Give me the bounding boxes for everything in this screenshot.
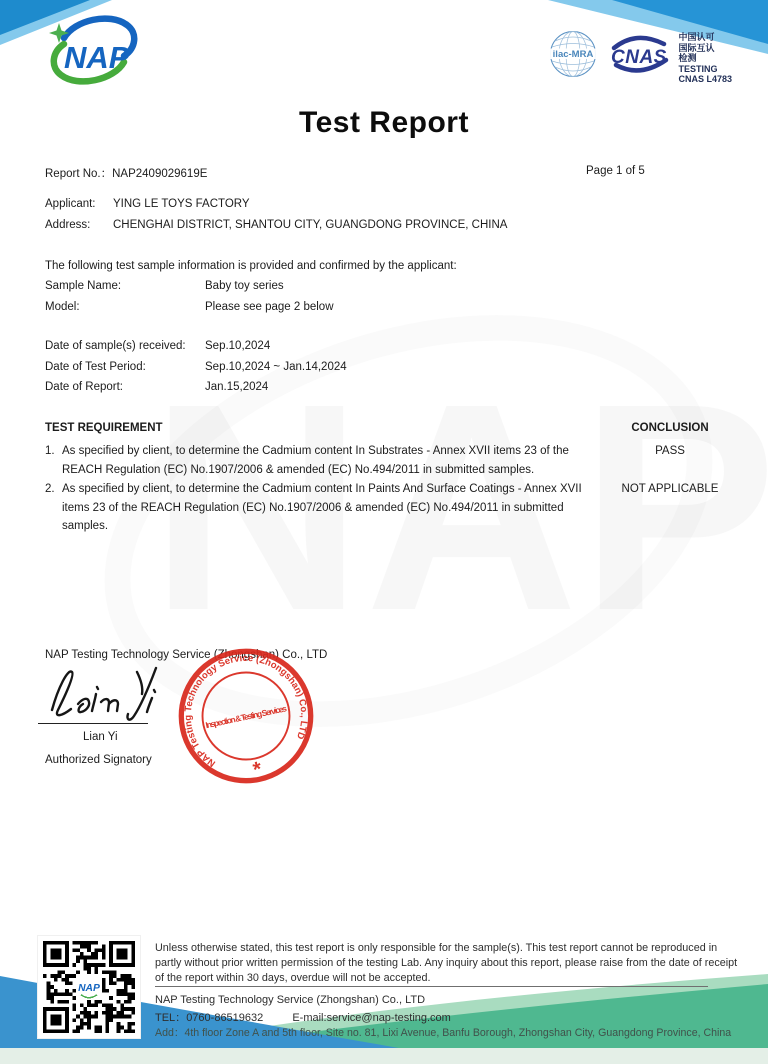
test-report-page: NAP ilac-MRA CNAS 中国认可 国际互认 检测 TESTING C… [0, 0, 768, 1064]
report-meta: Report No.：NAP2409029619E Page 1 of 5 [45, 165, 723, 181]
page-title: Test Report [0, 106, 768, 140]
nap-logo-text: NAP [64, 40, 130, 75]
item-conclusion: NOT APPLICABLE [600, 480, 740, 536]
handwritten-signature [38, 660, 178, 722]
date-received-value: Sep.10,2024 [205, 340, 270, 352]
cert-line: 中国认可 [678, 32, 732, 43]
email-label: E-mail: [292, 1012, 326, 1024]
applicant-name: YING LE TOYS FACTORY [113, 198, 250, 210]
nap-logo: NAP [36, 12, 140, 88]
cert-line: 检测 [678, 53, 732, 64]
page-number: Page 1 of 5 [586, 165, 645, 177]
address-row: Address: [45, 219, 90, 231]
item-text: As specified by client, to determine the… [62, 442, 600, 479]
model-label: Model: [45, 301, 80, 313]
report-no-value: NAP2409029619E [112, 168, 207, 180]
stamp-center-text: Inspection & Testing Services [205, 703, 288, 730]
tel-label: TEL： [155, 1012, 186, 1024]
requirement-item: 1. As specified by client, to determine … [45, 442, 742, 479]
cnas-accreditation-text: 中国认可 国际互认 检测 TESTING CNAS L4783 [678, 28, 732, 85]
requirement-item: 2. As specified by client, to determine … [45, 480, 742, 536]
item-conclusion: PASS [600, 442, 740, 479]
disclaimer-text: Unless otherwise stated, this test repor… [155, 941, 742, 985]
cnas-label: CNAS [611, 47, 667, 68]
test-requirements-section: TEST REQUIREMENT CONCLUSION 1. As specif… [45, 422, 742, 537]
conclusion-heading: CONCLUSION [600, 422, 740, 434]
sample-name-value: Baby toy series [205, 280, 284, 292]
qr-pattern: NAP [43, 941, 135, 1033]
signature-line [38, 723, 148, 724]
signatory-name: Lian Yi [83, 731, 118, 743]
date-report-value: Jan.15,2024 [205, 381, 268, 393]
model-value: Please see page 2 below [205, 301, 334, 313]
footer-contact: TEL：0760-86519632 E-mail:service@nap-tes… [155, 1009, 451, 1025]
date-received-label: Date of sample(s) received: [45, 340, 186, 352]
footer-address: Add：4th floor Zone A and 5th floor, Site… [155, 1025, 731, 1040]
applicant-label: Applicant: [45, 198, 96, 210]
svg-text:NAP: NAP [78, 983, 100, 994]
item-number: 1. [45, 442, 62, 479]
date-test-period-value: Sep.10,2024 ~ Jan.14,2024 [205, 361, 347, 373]
ilac-mra-logo: ilac-MRA [548, 28, 598, 80]
item-number: 2. [45, 480, 62, 536]
signatory-role: Authorized Signatory [45, 754, 152, 766]
test-requirement-heading: TEST REQUIREMENT [45, 422, 600, 434]
company-stamp: NAP Testing Technology Service (Zhongsha… [163, 633, 329, 799]
address-label: Address: [45, 219, 90, 231]
footer-divider [155, 986, 708, 987]
footer-company: NAP Testing Technology Service (Zhongsha… [155, 994, 425, 1006]
certification-marks: ilac-MRA CNAS 中国认可 国际互认 检测 TESTING CNAS … [548, 28, 732, 85]
cert-line: CNAS L4783 [678, 74, 732, 85]
cnas-logo: CNAS [606, 34, 670, 76]
sample-name-label: Sample Name: [45, 280, 121, 292]
cert-line: 国际互认 [678, 43, 732, 54]
qr-code: NAP [38, 936, 140, 1038]
tel-value: 0760-86519632 [186, 1012, 263, 1024]
ilac-mra-label: ilac-MRA [553, 49, 594, 60]
email-value: service@nap-testing.com [327, 1012, 451, 1024]
requirements-header: TEST REQUIREMENT CONCLUSION [45, 422, 742, 434]
cert-line: TESTING [678, 64, 732, 75]
date-test-period-label: Date of Test Period: [45, 361, 146, 373]
item-text: As specified by client, to determine the… [62, 480, 600, 536]
applicant-row: Applicant: [45, 198, 96, 210]
applicant-address: CHENGHAI DISTRICT, SHANTOU CITY, GUANGDO… [113, 219, 507, 231]
report-no-label: Report No.： [45, 168, 112, 180]
date-report-label: Date of Report: [45, 381, 123, 393]
sample-intro: The following test sample information is… [45, 260, 457, 272]
